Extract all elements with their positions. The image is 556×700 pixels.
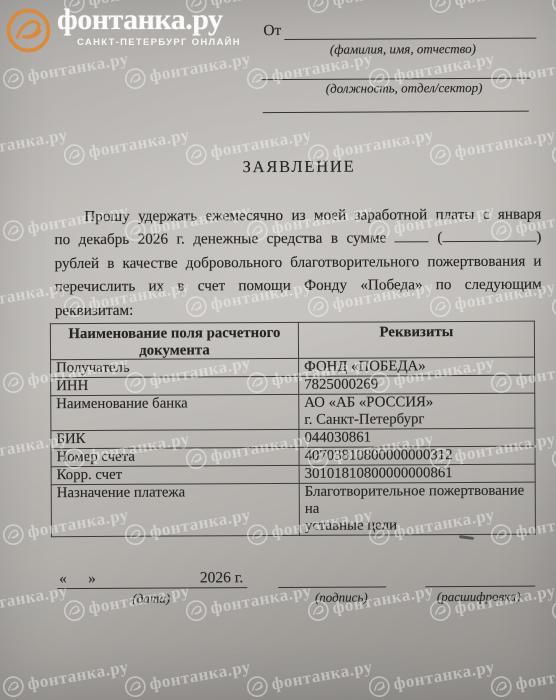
paragraph-line: Прошу удержать ежемесячно из моей зарабо…	[54, 203, 541, 229]
date-caption: (дата)	[106, 590, 196, 606]
paragraph-line: рублей в качестве добровольного благотво…	[54, 249, 541, 275]
fontanka-logo-icon	[5, 7, 52, 54]
date-blank-line: « » 2026 г.	[57, 561, 247, 589]
value-cell: АО «АБ «РОССИЯ» г. Санкт-Петербург	[299, 393, 535, 429]
paren-close: )	[536, 229, 541, 246]
year-suffix: 2026 г.	[200, 569, 243, 587]
field-cell: Наименование банка	[51, 394, 299, 430]
field-cell: БИК	[51, 429, 299, 448]
sum-words-blank	[442, 228, 536, 242]
logo-subtitle: САНКТ-ПЕТЕРБУРГ ОНЛАЙН	[57, 37, 241, 48]
extra-blank-line	[263, 94, 529, 113]
requisites-table: Наименование поля расчетного документа Р…	[50, 321, 536, 538]
sum-blank	[395, 229, 429, 243]
paragraph-line: по декабрь 2026 г. денежные средства в с…	[54, 226, 541, 252]
logo-title: фонтанка.ру	[57, 4, 241, 36]
table-row: Назначение платежаБлаготворительное поже…	[51, 482, 535, 537]
field-cell: Корр. счет	[51, 465, 299, 484]
value-cell: 044030861	[299, 428, 535, 447]
value-cell: 40703810800000000312	[299, 446, 535, 465]
signature-caption: (подпись)	[296, 589, 386, 605]
quote-open: «	[59, 571, 67, 588]
decryption-caption: (расшифровка)	[416, 589, 541, 606]
field-cell: Получатель	[51, 358, 299, 377]
value-cell: 7825000269	[299, 375, 535, 394]
fio-blank-line	[284, 23, 536, 40]
table-row: Наименование банкаАО «АБ «РОССИЯ» г. Сан…	[51, 393, 535, 431]
fio-caption: (фамилия, имя, отчество)	[310, 41, 495, 58]
paragraph-text: по декабрь 2026 г. денежные средства в с…	[54, 230, 386, 249]
position-blank-line	[260, 61, 530, 80]
field-cell: ИНН	[51, 376, 299, 395]
table-header-row: Наименование поля расчетного документа Р…	[50, 321, 534, 360]
decryption-blank-line	[425, 567, 535, 588]
document-title: ЗАЯВЛЕНИЕ	[54, 156, 544, 179]
value-column-header: Реквизиты	[298, 321, 534, 358]
value-cell: ФОНД «ПОБЕДА»	[299, 357, 535, 376]
from-label: От	[263, 22, 281, 40]
paper-speck	[459, 535, 474, 539]
field-column-header: Наименование поля расчетного документа	[50, 322, 298, 359]
value-cell: Благотворительное пожертвование на устав…	[299, 482, 535, 535]
field-cell: Назначение платежа	[51, 483, 299, 536]
signature-blank-line	[278, 567, 386, 588]
field-cell: Номер счета	[51, 447, 299, 466]
paragraph-line: перечислить их в счет помощи Фонду «Побе…	[55, 273, 542, 322]
quote-close: »	[88, 571, 96, 588]
body-paragraph: Прошу удержать ежемесячно из моей зарабо…	[54, 203, 542, 323]
value-cell: 30101810800000000861	[299, 464, 535, 483]
document-photo: фонтанка.ру фонтанка.ру фонтанка.ру фонт…	[0, 0, 556, 700]
fontanka-logo: фонтанка.ру САНКТ-ПЕТЕРБУРГ ОНЛАЙН	[5, 4, 241, 54]
application-form: От (фамилия, имя, отчество) (должность, …	[0, 0, 556, 700]
